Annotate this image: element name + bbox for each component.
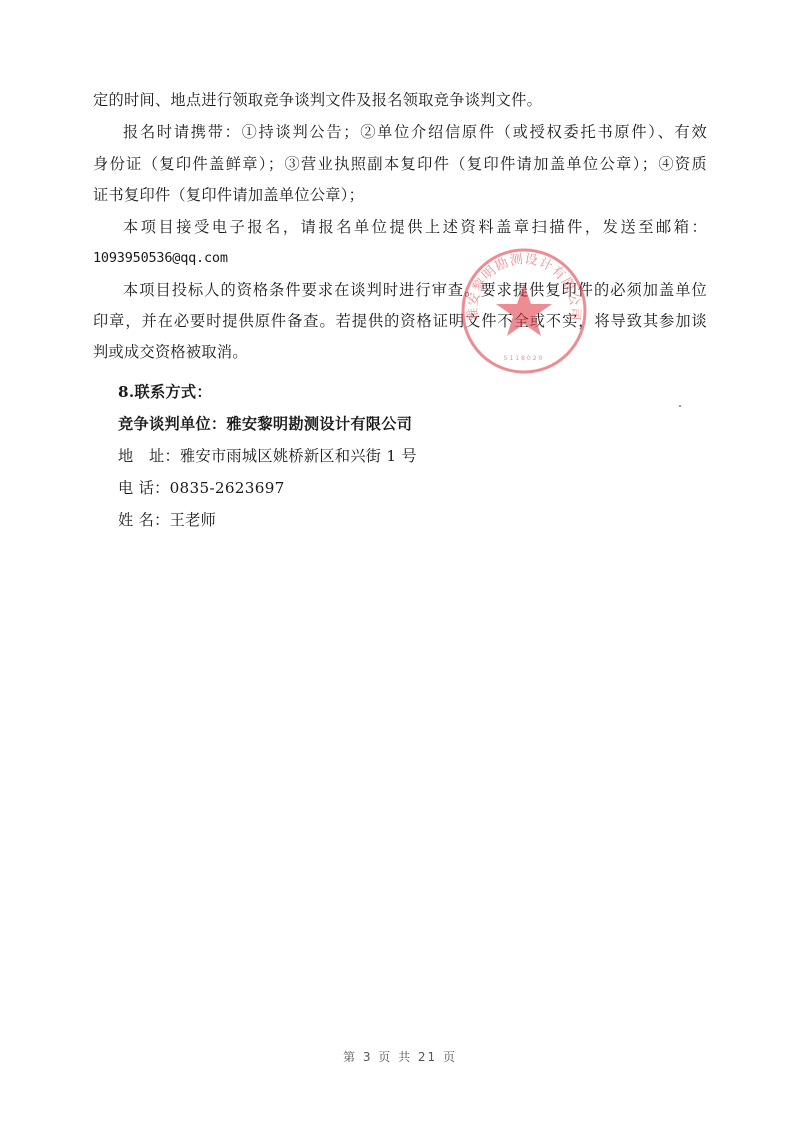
contact-unit-value: 雅安黎明勘测设计有限公司 [226, 415, 412, 433]
paragraph-line: 本项目接受电子报名，请报名单位提供上述资料盖章扫描件，发送至邮箱： [93, 217, 707, 237]
contact-unit: 竞争谈判单位：雅安黎明勘测设计有限公司 [118, 414, 412, 434]
paragraph-line: 判或成交资格被取消。 [93, 342, 707, 362]
contact-phone: 电 话：0835-2623697 [118, 478, 285, 498]
contact-address-value: 雅安市雨城区姚桥新区和兴街 1 号 [180, 447, 417, 465]
document-page: 定的时间、地点进行领取竞争谈判文件及报名领取竞争谈判文件。 报名时请携带：①持谈… [0, 0, 800, 1131]
paragraph-line: 证书复印件（复印件请加盖单位公章）； [93, 185, 707, 205]
paragraph-line: 本项目投标人的资格条件要求在谈判时进行审查。要求提供复印件的必须加盖单位 [93, 280, 707, 300]
contact-heading: 8.联系方式： [118, 382, 212, 402]
contact-unit-label: 竞争谈判单位： [118, 415, 226, 433]
contact-phone-label: 电 话： [118, 479, 170, 497]
paragraph-line: 定的时间、地点进行领取竞争谈判文件及报名领取竞争谈判文件。 [93, 90, 707, 110]
contact-address: 地 址：雅安市雨城区姚桥新区和兴街 1 号 [118, 446, 417, 466]
email-address: 1093950536@qq.com [93, 248, 707, 268]
contact-name: 姓 名：王老师 [118, 510, 216, 530]
contact-name-value: 王老师 [170, 511, 216, 529]
contact-name-label: 姓 名： [118, 511, 170, 529]
scan-artifact [679, 405, 681, 407]
paragraph-line: 印章，并在必要时提供原件备查。若提供的资格证明文件不全或不实，将导致其参加谈 [93, 311, 707, 331]
contact-phone-value: 0835-2623697 [170, 479, 285, 497]
page-number: 第 3 页 共 21 页 [0, 1048, 800, 1065]
paragraph-line: 身份证（复印件盖鲜章）；③营业执照副本复印件（复印件请加盖单位公章）；④资质 [93, 154, 707, 174]
contact-address-label: 地 址： [118, 447, 180, 465]
paragraph-line: 报名时请携带：①持谈判公告；②单位介绍信原件（或授权委托书原件）、有效 [93, 122, 707, 142]
